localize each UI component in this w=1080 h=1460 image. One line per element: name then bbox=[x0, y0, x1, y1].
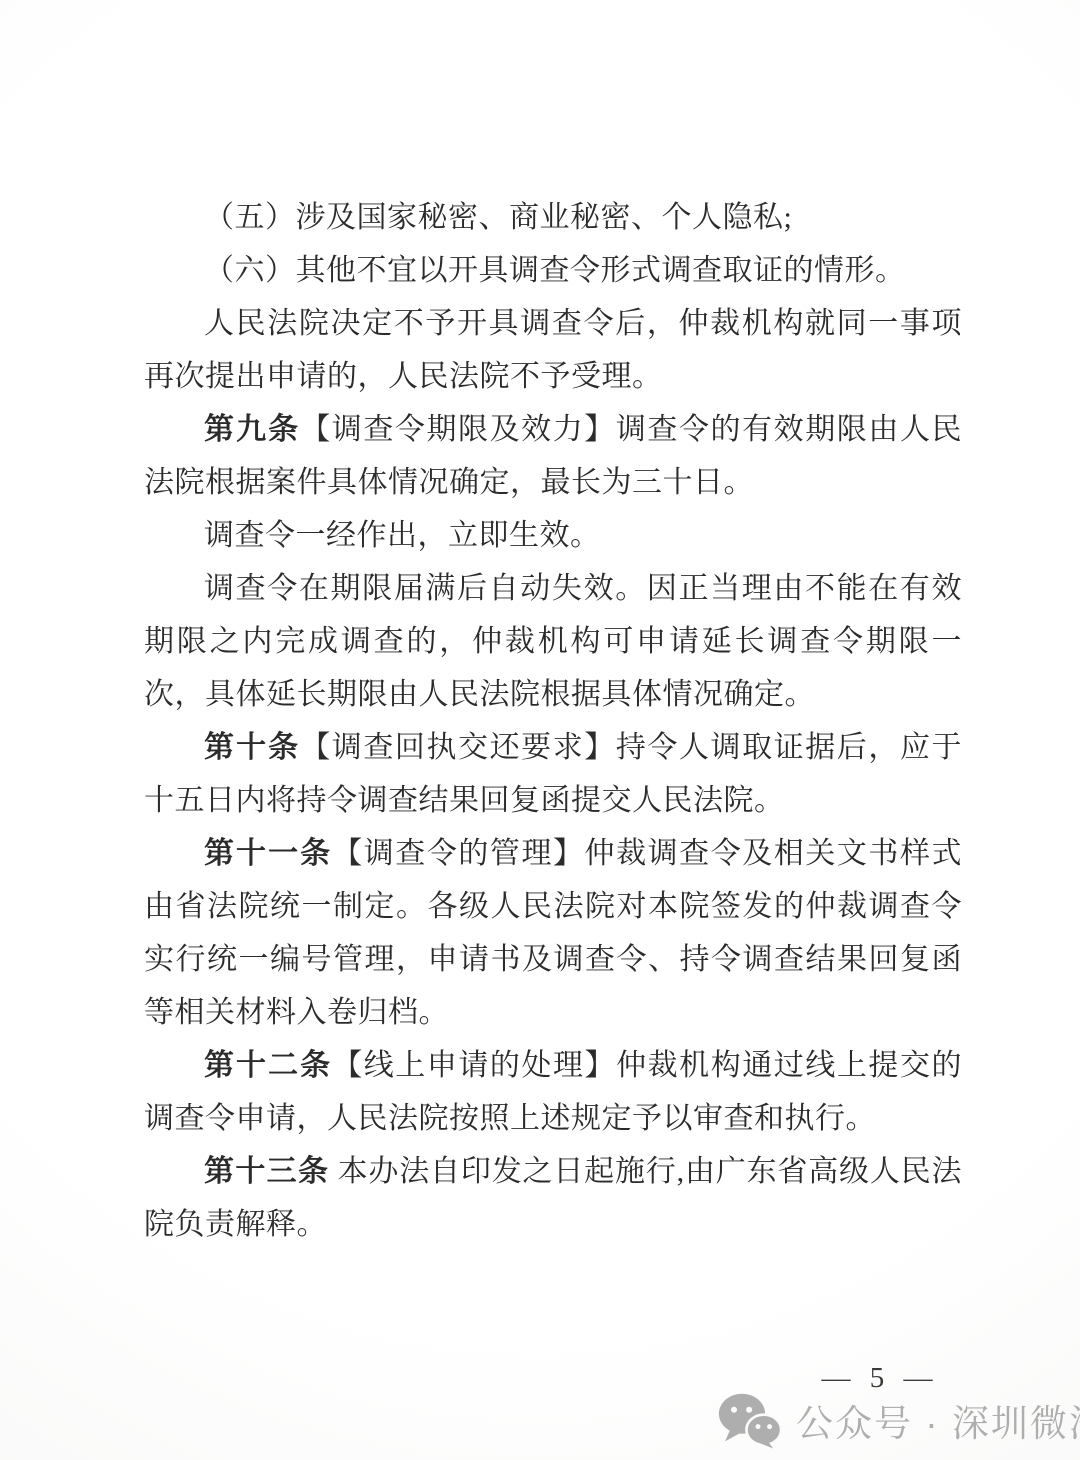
article-number: 第十三条 bbox=[204, 1155, 329, 1188]
paragraph: （五）涉及国家秘密、商业秘密、个人隐私; bbox=[144, 191, 962, 244]
article-number: 第九条 bbox=[204, 413, 300, 446]
paragraph: 第十一条【调查令的管理】仲裁调查令及相关文书样式由省法院统一制定。各级人民法院对… bbox=[144, 827, 962, 1039]
paragraph: 调查令在期限届满后自动失效。因正当理由不能在有效期限之内完成调查的，仲裁机构可申… bbox=[144, 562, 962, 721]
text-run: （六）其他不宜以开具调查令形式调查取证的情形。 bbox=[204, 254, 906, 287]
paragraph: 人民法院决定不予开具调查令后，仲裁机构就同一事项再次提出申请的，人民法院不予受理… bbox=[144, 297, 962, 403]
paragraph: 第九条【调查令期限及效力】调查令的有效期限由人民法院根据案件具体情况确定，最长为… bbox=[144, 403, 962, 509]
text-run: 调查令在期限届满后自动失效。因正当理由不能在有效期限之内完成调查的，仲裁机构可申… bbox=[144, 572, 962, 711]
text-run: （五）涉及国家秘密、商业秘密、个人隐私; bbox=[204, 201, 792, 234]
paragraph: 第十二条【线上申请的处理】仲裁机构通过线上提交的调查令申请，人民法院按照上述规定… bbox=[144, 1039, 962, 1145]
watermark-text: 公众号 · 深圳微法务 bbox=[796, 1393, 1080, 1447]
paragraph: （六）其他不宜以开具调查令形式调查取证的情形。 bbox=[144, 244, 962, 297]
wechat-icon bbox=[718, 1391, 782, 1449]
article-number: 第十二条 bbox=[204, 1049, 332, 1082]
paragraph: 调查令一经作出，立即生效。 bbox=[144, 509, 962, 562]
wechat-watermark: 公众号 · 深圳微法务 bbox=[718, 1391, 1080, 1449]
document-page: （五）涉及国家秘密、商业秘密、个人隐私;（六）其他不宜以开具调查令形式调查取证的… bbox=[0, 0, 1080, 1460]
article-number: 第十一条 bbox=[204, 837, 332, 870]
paragraph: 第十三条 本办法自印发之日起施行,由广东省高级人民法院负责解释。 bbox=[144, 1145, 962, 1251]
paragraph: 第十条【调查回执交还要求】持令人调取证据后，应于十五日内将持令调查结果回复函提交… bbox=[144, 721, 962, 827]
document-body: （五）涉及国家秘密、商业秘密、个人隐私;（六）其他不宜以开具调查令形式调查取证的… bbox=[144, 191, 962, 1251]
text-run: 调查令一经作出，立即生效。 bbox=[204, 519, 601, 552]
text-run: 人民法院决定不予开具调查令后，仲裁机构就同一事项再次提出申请的，人民法院不予受理… bbox=[144, 307, 962, 393]
article-number: 第十条 bbox=[204, 731, 300, 764]
